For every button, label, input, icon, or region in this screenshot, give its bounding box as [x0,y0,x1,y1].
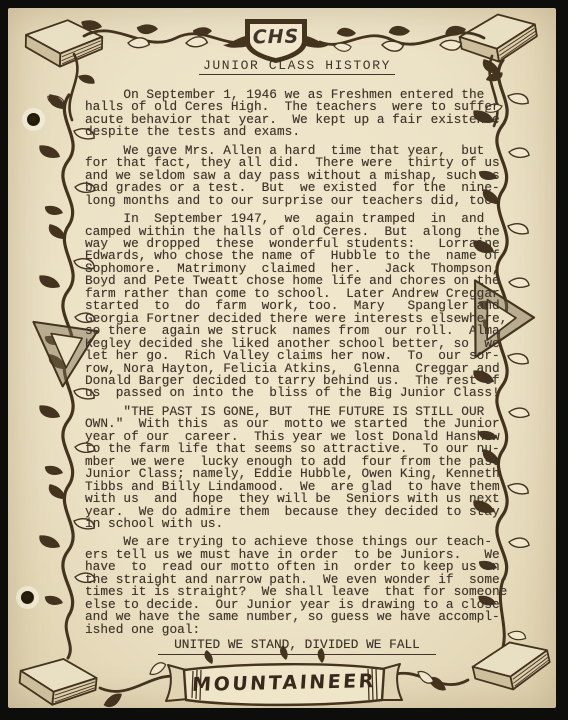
school-emblem-text: CHS [246,25,306,48]
typed-line: us passed on into the bliss of the Big J… [85,387,515,399]
paragraph: "THE PAST IS GONE, BUT THE FUTURE IS STI… [85,406,515,531]
book-icon [16,652,100,712]
typed-line: in school with us. [85,518,515,530]
paragraph: In September 1947, we again tramped in a… [85,213,515,400]
book-icon [458,11,539,65]
page-title-text: JUNIOR CLASS HISTORY [199,58,395,75]
class-motto-text: UNITED WE STAND, DIVIDED WE FALL [158,637,436,655]
yearbook-name-banner: MOUNTAINEER [185,670,382,696]
paragraph: We gave Mrs. Allen a hard time that year… [85,145,515,207]
scanned-yearbook-page: CHS JUNIOR CLASS HISTORY On September 1,… [0,0,568,720]
class-motto: UNITED WE STAND, DIVIDED WE FALL [85,637,509,652]
page-title: JUNIOR CLASS HISTORY [85,58,509,73]
typed-line: ished one goal: [85,624,515,636]
typed-line: long months and to our surprise our teac… [85,195,515,207]
typed-line: despite the tests and exams. [85,126,515,138]
paragraph: On September 1, 1946 we as Freshmen ente… [85,89,515,139]
typed-history-text: On September 1, 1946 we as Freshmen ente… [85,89,515,636]
paragraph: We are trying to achieve those things ou… [85,536,515,636]
